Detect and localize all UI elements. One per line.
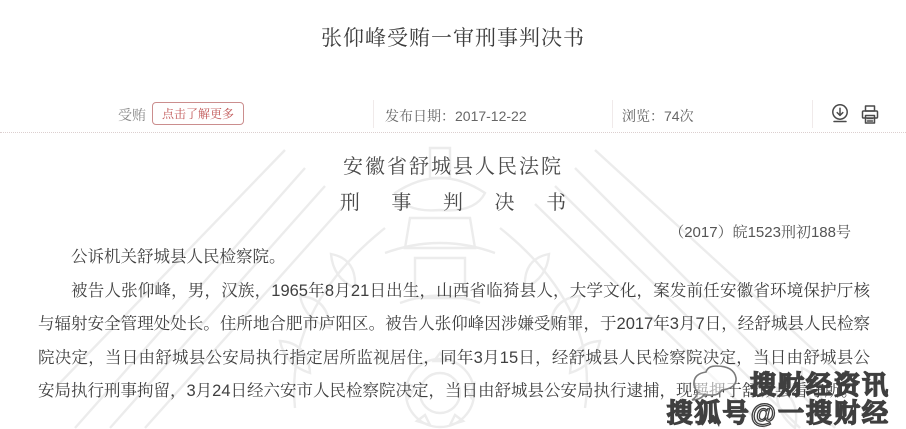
learn-more-button[interactable]: 点击了解更多 (152, 102, 244, 125)
download-icon[interactable] (828, 102, 852, 128)
divider (812, 100, 813, 128)
view-count: 浏览：74次 (622, 106, 694, 126)
publish-date: 发布日期：2017-12-22 (385, 106, 527, 126)
paragraph-defendant: 被告人张仰峰，男，汉族，1965年8月21日出生，山西省临猗县人，大学文化，案发… (38, 275, 870, 409)
page-title: 张仰峰受贿一审刑事判决书 (0, 22, 906, 52)
court-name: 安徽省舒城县人民法院 (0, 150, 906, 179)
paragraph-prosecution: 公诉机关舒城县人民检察院。 (38, 241, 870, 275)
document-type: 刑 事 判 决 书 (0, 186, 906, 215)
case-tag[interactable]: 受贿 (118, 105, 146, 125)
judgment-page: 张仰峰受贿一审刑事判决书 受贿 点击了解更多 发布日期：2017-12-22 浏… (0, 0, 906, 429)
meta-bar: 受贿 点击了解更多 发布日期：2017-12-22 浏览：74次 (0, 96, 906, 133)
document-body: 公诉机关舒城县人民检察院。 被告人张仰峰，男，汉族，1965年8月21日出生，山… (38, 241, 870, 409)
printer-icon[interactable] (858, 102, 882, 128)
case-number: （2017）皖1523刑初188号 (669, 221, 851, 242)
divider (373, 100, 374, 128)
divider (612, 100, 613, 128)
